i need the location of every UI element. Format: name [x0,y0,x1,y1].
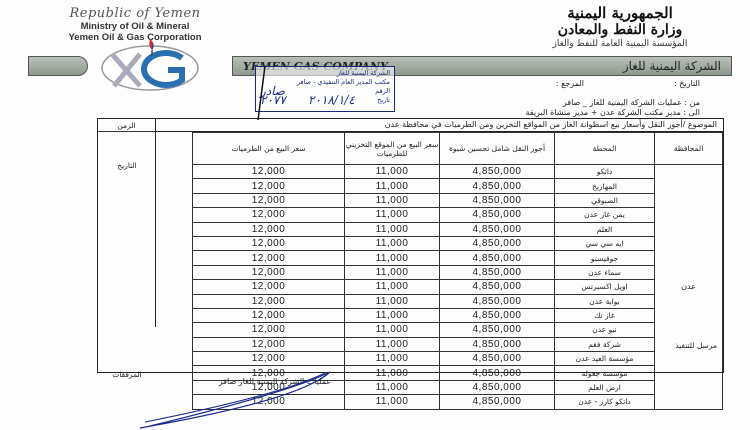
cell-transport: 4,850,000 [440,179,555,193]
table-row: اويل اكسبرتس4,850,00011,00012,000 [193,280,723,294]
to-line: الى : مدير مكتب الشركة عدن + مدير منشاة … [525,108,700,117]
cell-tanker-price: 12,000 [193,337,345,351]
table-row: داتكو كارز - عدن4,850,00011,00012,000 [193,395,723,409]
cell-transport: 4,850,000 [440,352,555,366]
cell-tanker-price: 12,000 [193,193,345,207]
banner-left [28,56,88,76]
cell-storage-price: 11,000 [345,352,440,366]
cell-tanker-price: 12,000 [193,395,345,409]
cell-transport: 4,850,000 [440,265,555,279]
cell-tanker-price: 12,000 [193,179,345,193]
table-row: يمن غاز عدن4,850,00011,00012,000 [193,208,723,222]
official-stamp: الشركة اليمنية للغاز مكتب المدير العام ا… [255,66,395,112]
time-header: الزمن [98,119,155,132]
subject-line: الموضوع /أجور النقل وأسعار بيع اسطوانة ا… [98,119,723,132]
stamp-number: ٢٠٧٧ [260,96,286,105]
cell-tanker-price: 12,000 [193,208,345,222]
time-column: الزمن التاريخ المرفقات [98,119,156,327]
cell-storage-price: 11,000 [345,193,440,207]
cell-tanker-price: 12,000 [193,294,345,308]
cell-station: اويل اكسبرتس [555,280,655,294]
governorate-cell: عدن [655,165,723,410]
cell-station: شركة فقم [555,337,655,351]
cell-storage-price: 11,000 [345,236,440,250]
execution-note: مرسل للتنفيذ [675,341,717,350]
header-transport: أجور النقل شامل تحسين شيوة [440,133,555,165]
corporation-arabic: المؤسسة اليمنية العامة للنفط والغاز [520,38,720,51]
document-frame: الموضوع /أجور النقل وأسعار بيع اسطوانة ا… [97,118,724,373]
cell-station: يمن غاز عدن [555,208,655,222]
stamp-date: ٢٠١٨/١/٤ [308,96,355,105]
cell-station: العلم [555,222,655,236]
cell-storage-price: 11,000 [345,208,440,222]
table-row: ايه سي سي4,850,00011,00012,000 [193,236,723,250]
table-row: سماء عدن4,850,00011,00012,000 [193,265,723,279]
price-table: المحافظة المحطة أجور النقل شامل تحسين شي… [192,132,723,410]
table-row: عدنداتكو4,850,00011,00012,000 [193,165,723,179]
header-station: المحطة [555,133,655,165]
cell-storage-price: 11,000 [345,251,440,265]
cell-tanker-price: 12,000 [193,265,345,279]
cell-storage-price: 11,000 [345,294,440,308]
cell-station: مؤسسة جعوله [555,366,655,380]
cell-tanker-price: 12,000 [193,222,345,236]
stamp-date-label: تاريخ [377,96,390,105]
cell-tanker-price: 12,000 [193,236,345,250]
cell-transport: 4,850,000 [440,193,555,207]
date-side-label: التاريخ [98,161,156,170]
cell-station: المهاريج [555,179,655,193]
company-name-arabic: الشركة اليمنية للغاز [623,59,721,73]
header-tanker-price: سعر البيع من الطرميات [193,133,345,165]
cell-storage-price: 11,000 [345,179,440,193]
cell-tanker-price: 12,000 [193,280,345,294]
table-row: مؤسسة العيد عدن4,850,00011,00012,000 [193,352,723,366]
table-row: غاز تك4,850,00011,00012,000 [193,308,723,322]
cell-storage-price: 11,000 [345,222,440,236]
cell-station: مؤسسة العيد عدن [555,352,655,366]
cell-transport: 4,850,000 [440,208,555,222]
from-line: من : عمليات الشركة اليمنية للغاز _ صافر [563,98,700,107]
table-row: الصبوقي4,850,00011,00012,000 [193,193,723,207]
cell-station: ايه سي سي [555,236,655,250]
header-governorate: المحافظة [655,133,723,165]
header-storage-price: سعر البيع من الموقع التخزيني للطرميات [345,133,440,165]
ref-label: المرجع : [556,79,584,88]
cell-station: جوفيستو [555,251,655,265]
cell-tanker-price: 12,000 [193,323,345,337]
stamp-number-label: الرقم [375,87,390,96]
cell-transport: 4,850,000 [440,294,555,308]
cell-station: ارض العلم [555,380,655,394]
cell-storage-price: 11,000 [345,337,440,351]
cell-transport: 4,850,000 [440,308,555,322]
table-row: بوابة عدن4,850,00011,00012,000 [193,294,723,308]
cell-tanker-price: 12,000 [193,165,345,179]
cell-transport: 4,850,000 [440,251,555,265]
date-label: التاريخ : [674,79,700,88]
cell-station: نيو عدن [555,323,655,337]
cell-storage-price: 11,000 [345,265,440,279]
attachments-side-label: المرفقات [98,370,156,379]
cell-storage-price: 11,000 [345,308,440,322]
table-row: المهاريج4,850,00011,00012,000 [193,179,723,193]
table-row: نيو عدن4,850,00011,00012,000 [193,323,723,337]
cell-station: الصبوقي [555,193,655,207]
table-row: العلم4,850,00011,00012,000 [193,222,723,236]
table-row: شركة فقم4,850,00011,00012,000 [193,337,723,351]
cell-station: سماء عدن [555,265,655,279]
cell-tanker-price: 12,000 [193,352,345,366]
stamp-company: الشركة اليمنية للغاز [260,69,390,78]
cell-storage-price: 11,000 [345,165,440,179]
table-row: جوفيستو4,850,00011,00012,000 [193,251,723,265]
cell-transport: 4,850,000 [440,380,555,394]
cell-station: بوابة عدن [555,294,655,308]
cell-station: غاز تك [555,308,655,322]
cell-transport: 4,850,000 [440,236,555,250]
ministry-arabic: وزارة النفط والمعادن [520,22,720,38]
date-ref-line: التاريخ : المرجع : [556,79,700,88]
cell-station: داتكو [555,165,655,179]
republic-english: Republic of Yemen [40,6,230,21]
cell-transport: 4,850,000 [440,222,555,236]
cell-transport: 4,850,000 [440,366,555,380]
cell-tanker-price: 12,000 [193,251,345,265]
cell-transport: 4,850,000 [440,337,555,351]
cell-tanker-price: 12,000 [193,308,345,322]
cell-transport: 4,850,000 [440,165,555,179]
cell-storage-price: 11,000 [345,280,440,294]
cell-storage-price: 11,000 [345,323,440,337]
arabic-letterhead: الجمهورية اليمنية وزارة النفط والمعادن ا… [520,4,720,51]
cell-storage-price: 11,000 [345,395,440,409]
cell-station: داتكو كارز - عدن [555,395,655,409]
ministry-english: Ministry of Oil & Mineral [40,21,230,32]
cell-transport: 4,850,000 [440,280,555,294]
company-logo-icon [92,36,202,92]
republic-arabic: الجمهورية اليمنية [520,4,720,22]
cell-transport: 4,850,000 [440,395,555,409]
cell-transport: 4,850,000 [440,323,555,337]
footer-signature: عمليات الشركة اليمنية للغاز صافر [150,377,400,386]
